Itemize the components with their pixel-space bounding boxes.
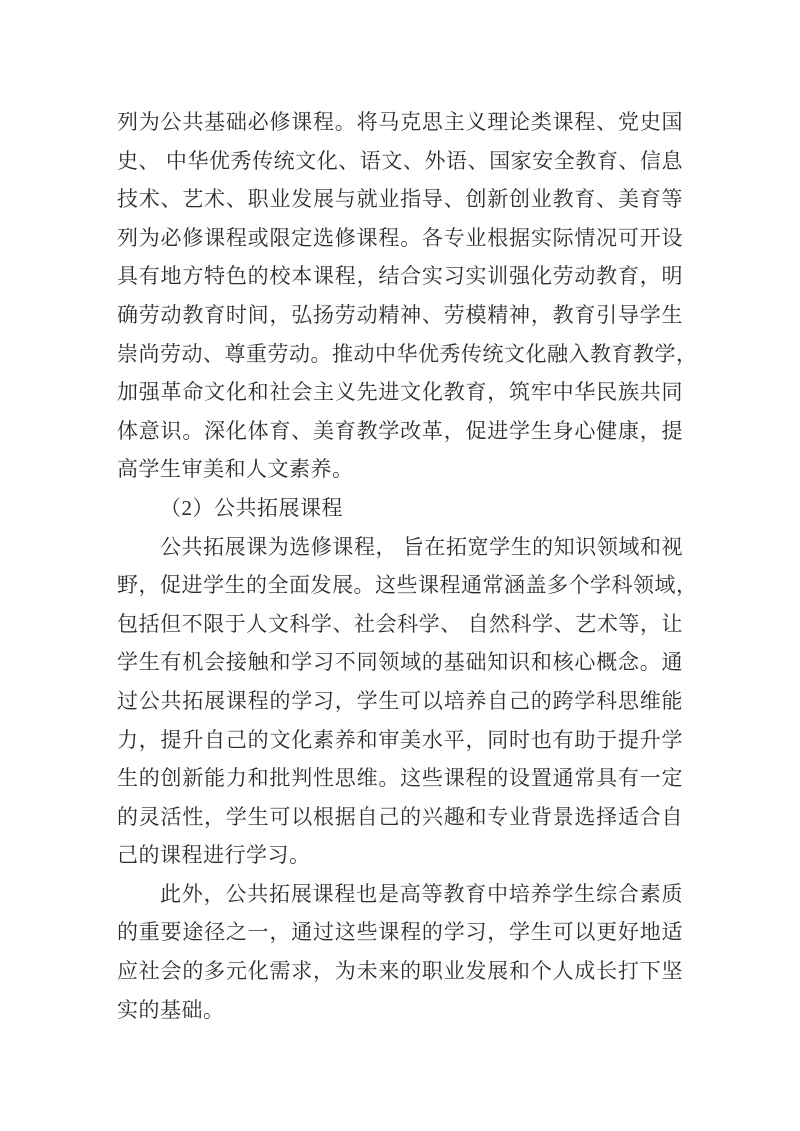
text-line: 野，促进学生的全面发展。这些课程通常涵盖多个学科领域， xyxy=(117,566,683,605)
paragraph-continuation: 列为公共基础必修课程。将马克思主义理论类课程、党史国 史、 中华优秀传统文化、语… xyxy=(117,103,683,489)
text-line: 高学生审美和人文素养。 xyxy=(117,450,683,489)
text-line: 加强革命文化和社会主义先进文化教育，筑牢中华民族共同 xyxy=(117,373,683,412)
text-content: 列为公共基础必修课程。将马克思主义理论类课程、党史国 史、 中华优秀传统文化、语… xyxy=(117,103,683,1029)
text-line: 的灵活性，学生可以根据自己的兴趣和专业背景选择适合自 xyxy=(117,798,683,837)
text-line: 体意识。深化体育、美育教学改革，促进学生身心健康，提 xyxy=(117,412,683,451)
text-line: 史、 中华优秀传统文化、语文、外语、国家安全教育、信息 xyxy=(117,142,683,181)
text-line: 生的创新能力和批判性思维。这些课程的设置通常具有一定 xyxy=(117,759,683,798)
document-page: 列为公共基础必修课程。将马克思主义理论类课程、党史国 史、 中华优秀传统文化、语… xyxy=(0,0,800,1131)
sub-heading-line: （2）公共拓展课程 xyxy=(117,489,683,528)
paragraph-public-expansion: 公共拓展课为选修课程， 旨在拓宽学生的知识领域和视 野，促进学生的全面发展。这些… xyxy=(117,528,683,875)
text-line: 学生有机会接触和学习不同领域的基础知识和核心概念。通 xyxy=(117,643,683,682)
text-line: 列为公共基础必修课程。将马克思主义理论类课程、党史国 xyxy=(117,103,683,142)
text-line: 公共拓展课为选修课程， 旨在拓宽学生的知识领域和视 xyxy=(117,528,683,567)
text-line: 己的课程进行学习。 xyxy=(117,836,683,875)
text-line: 实的基础。 xyxy=(117,991,683,1030)
text-line: 具有地方特色的校本课程，结合实习实训强化劳动教育，明 xyxy=(117,257,683,296)
text-line: 技术、艺术、职业发展与就业指导、创新创业教育、美育等 xyxy=(117,180,683,219)
text-line: 的重要途径之一，通过这些课程的学习，学生可以更好地适 xyxy=(117,913,683,952)
text-line: 崇尚劳动、尊重劳动。推动中华优秀传统文化融入教育教学， xyxy=(117,335,683,374)
text-line: 此外，公共拓展课程也是高等教育中培养学生综合素质 xyxy=(117,875,683,914)
text-line: 过公共拓展课程的学习，学生可以培养自己的跨学科思维能 xyxy=(117,682,683,721)
text-line: 力，提升自己的文化素养和审美水平，同时也有助于提升学 xyxy=(117,721,683,760)
sub-heading: （2）公共拓展课程 xyxy=(117,489,683,528)
text-line: 列为必修课程或限定选修课程。各专业根据实际情况可开设 xyxy=(117,219,683,258)
paragraph-closing: 此外，公共拓展课程也是高等教育中培养学生综合素质 的重要途径之一，通过这些课程的… xyxy=(117,875,683,1029)
text-line: 包括但不限于人文科学、社会科学、 自然科学、艺术等，让 xyxy=(117,605,683,644)
text-line: 确劳动教育时间，弘扬劳动精神、劳模精神，教育引导学生 xyxy=(117,296,683,335)
text-line: 应社会的多元化需求，为未来的职业发展和个人成长打下坚 xyxy=(117,952,683,991)
